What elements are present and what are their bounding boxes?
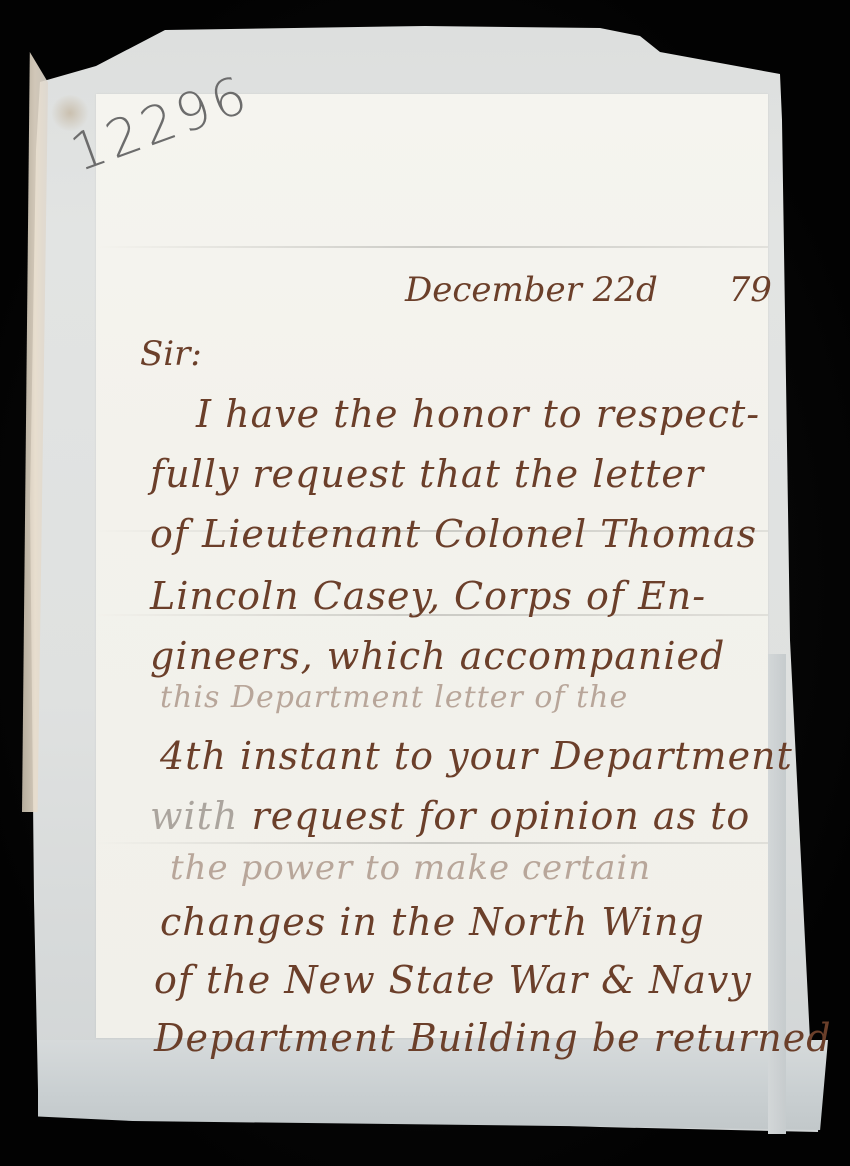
body-line-faded: the power to make certain — [170, 848, 651, 888]
body-line-rest: request for opinion as to — [252, 794, 751, 838]
body-line-faded: this Department letter of the — [160, 680, 628, 715]
body-line: Department Building be returned — [154, 1016, 832, 1060]
salutation: Sir: — [140, 334, 202, 374]
date-month-day: December 22d — [405, 270, 658, 310]
body-line: of Lieutenant Colonel Thomas — [150, 512, 757, 556]
letter-date: December 22d 79 — [405, 270, 772, 310]
body-line: of the New State War & Navy — [154, 958, 752, 1002]
body-line: with request for opinion as to — [150, 794, 750, 838]
inline-pencil-word: with — [150, 794, 238, 838]
date-year: 79 — [729, 270, 772, 310]
body-line: gineers, which accompanied — [150, 634, 725, 678]
body-line: 4th instant to your Department — [160, 734, 793, 778]
fold-crease — [96, 842, 768, 844]
body-line: fully request that the letter — [150, 452, 704, 496]
body-line: I have the honor to respect- — [196, 392, 760, 436]
body-line: changes in the North Wing — [160, 900, 705, 944]
body-line: Lincoln Casey, Corps of En- — [150, 574, 706, 618]
sheet-edge-shadow — [768, 654, 786, 1134]
